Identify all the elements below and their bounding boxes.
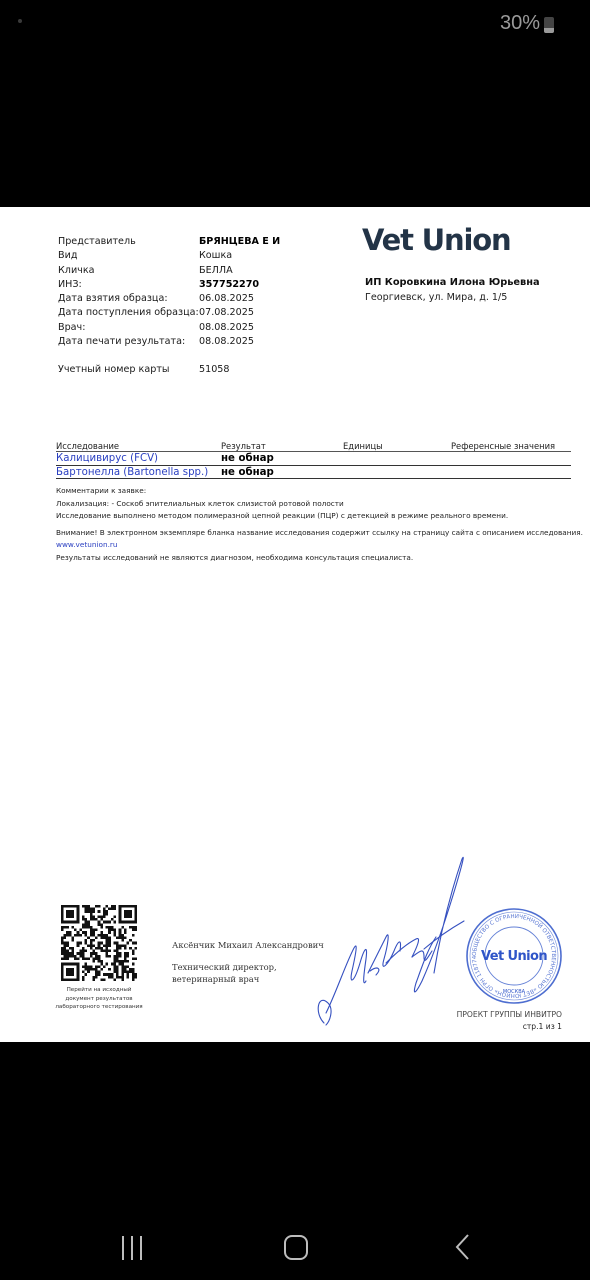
patient-info: ПредставительБРЯНЦЕВА Е ИВидКошкаКличкаБ… xyxy=(58,235,280,378)
signer-title: Технический директор, ветеринарный врач xyxy=(172,962,277,985)
patient-info-row: Дата печати результата:08.08.2025 xyxy=(58,335,280,349)
test-name-link[interactable]: Бартонелла (Bartonella spp.) xyxy=(56,466,221,479)
signer-title-line2: ветеринарный врач xyxy=(172,974,277,986)
patient-info-value: Кошка xyxy=(199,249,232,263)
patient-info-value: 06.08.2025 xyxy=(199,292,254,306)
comments-attention: Внимание! В электронном экземпляре бланк… xyxy=(56,527,583,540)
results-table: Исследование Результат Единицы Референсн… xyxy=(56,440,571,479)
page-number: стр.1 из 1 xyxy=(523,1022,562,1031)
table-row: Бартонелла (Bartonella spp.)не обнар xyxy=(56,466,571,480)
clinic-name: ИП Коровкина Илона Юрьевна xyxy=(365,277,540,288)
battery-level xyxy=(544,28,554,33)
patient-info-label: Врач: xyxy=(58,321,199,335)
header-units: Единицы xyxy=(343,440,451,451)
signature-icon xyxy=(316,853,466,1028)
test-reference xyxy=(451,466,571,479)
patient-info-value: БРЯНЦЕВА Е И xyxy=(199,235,280,249)
header-reference: Референсные значения xyxy=(451,440,571,451)
patient-info-row: ИНЗ:357752270 xyxy=(58,278,280,292)
card-number-value: 51058 xyxy=(199,363,230,377)
comments-method: Исследование выполнено методом полимераз… xyxy=(56,510,583,523)
back-icon[interactable] xyxy=(448,1230,476,1264)
card-number-label: Учетный номер карты xyxy=(58,363,199,377)
patient-info-value: 08.08.2025 xyxy=(199,321,254,335)
signer-name: Аксёнчик Михаил Александрович xyxy=(172,940,324,950)
card-number-row: Учетный номер карты 51058 xyxy=(58,363,280,377)
test-result: не обнар xyxy=(221,466,343,479)
patient-info-label: Представитель xyxy=(58,235,199,249)
patient-info-value: 07.08.2025 xyxy=(199,306,254,320)
qr-code-icon[interactable] xyxy=(61,905,137,981)
patient-info-label: Кличка xyxy=(58,264,199,278)
patient-info-row: ПредставительБРЯНЦЕВА Е И xyxy=(58,235,280,249)
notification-dot-icon xyxy=(18,19,22,23)
patient-info-label: Вид xyxy=(58,249,199,263)
patient-info-value: 357752270 xyxy=(199,278,259,292)
header-result: Результат xyxy=(221,440,343,451)
stamp-icon: ОБЩЕСТВО С ОГРАНИЧЕННОЙ ОТВЕТСТВЕННОСТЬЮ… xyxy=(464,906,564,1006)
patient-info-value: БЕЛЛА xyxy=(199,264,233,278)
recents-icon[interactable] xyxy=(118,1230,146,1264)
comments-disclaimer: Результаты исследований не являются диаг… xyxy=(56,552,583,565)
table-row: Калицивирус (FCV)не обнар xyxy=(56,452,571,466)
comments-block: Комментарии к заявке: Локализация: - Сос… xyxy=(56,485,583,565)
patient-info-row: ВидКошка xyxy=(58,249,280,263)
signer-title-line1: Технический директор, xyxy=(172,962,277,974)
battery-icon xyxy=(544,17,554,33)
patient-info-label: Дата взятия образца: xyxy=(58,292,199,306)
test-result: не обнар xyxy=(221,452,343,465)
battery-percent: 30% xyxy=(500,12,540,35)
lab-result-document[interactable]: ПредставительБРЯНЦЕВА Е ИВидКошкаКличкаБ… xyxy=(0,207,590,1042)
test-reference xyxy=(451,452,571,465)
test-units xyxy=(343,466,451,479)
patient-info-row: КличкаБЕЛЛА xyxy=(58,264,280,278)
website-link[interactable]: www.vetunion.ru xyxy=(56,539,583,552)
comments-title: Комментарии к заявке: xyxy=(56,485,583,498)
patient-info-row: Врач:08.08.2025 xyxy=(58,321,280,335)
patient-info-row: Дата взятия образца:06.08.2025 xyxy=(58,292,280,306)
header-test: Исследование xyxy=(56,440,221,451)
home-icon[interactable] xyxy=(280,1230,312,1264)
clinic-address: Георгиевск, ул. Мира, д. 1/5 xyxy=(365,292,507,303)
status-bar: 30% xyxy=(0,0,590,50)
patient-info-label: Дата поступления образца: xyxy=(58,306,199,320)
results-table-header: Исследование Результат Единицы Референсн… xyxy=(56,440,571,452)
svg-text:Vet Union: Vet Union xyxy=(481,949,547,964)
svg-text:МОСКВА: МОСКВА xyxy=(503,989,526,995)
qr-caption: Перейти на исходный документ результатов… xyxy=(53,986,145,1012)
project-label: ПРОЕКТ ГРУППЫ ИНВИТРО xyxy=(457,1010,562,1019)
patient-info-value: 08.08.2025 xyxy=(199,335,254,349)
comments-localization: Локализация: - Соскоб эпителиальных клет… xyxy=(56,498,583,511)
navigation-bar xyxy=(0,1210,590,1280)
patient-info-row: Дата поступления образца:07.08.2025 xyxy=(58,306,280,320)
brand-logo: Vet Union xyxy=(362,223,510,257)
patient-info-label: Дата печати результата: xyxy=(58,335,199,349)
test-name-link[interactable]: Калицивирус (FCV) xyxy=(56,452,221,465)
patient-info-label: ИНЗ: xyxy=(58,278,199,292)
test-units xyxy=(343,452,451,465)
